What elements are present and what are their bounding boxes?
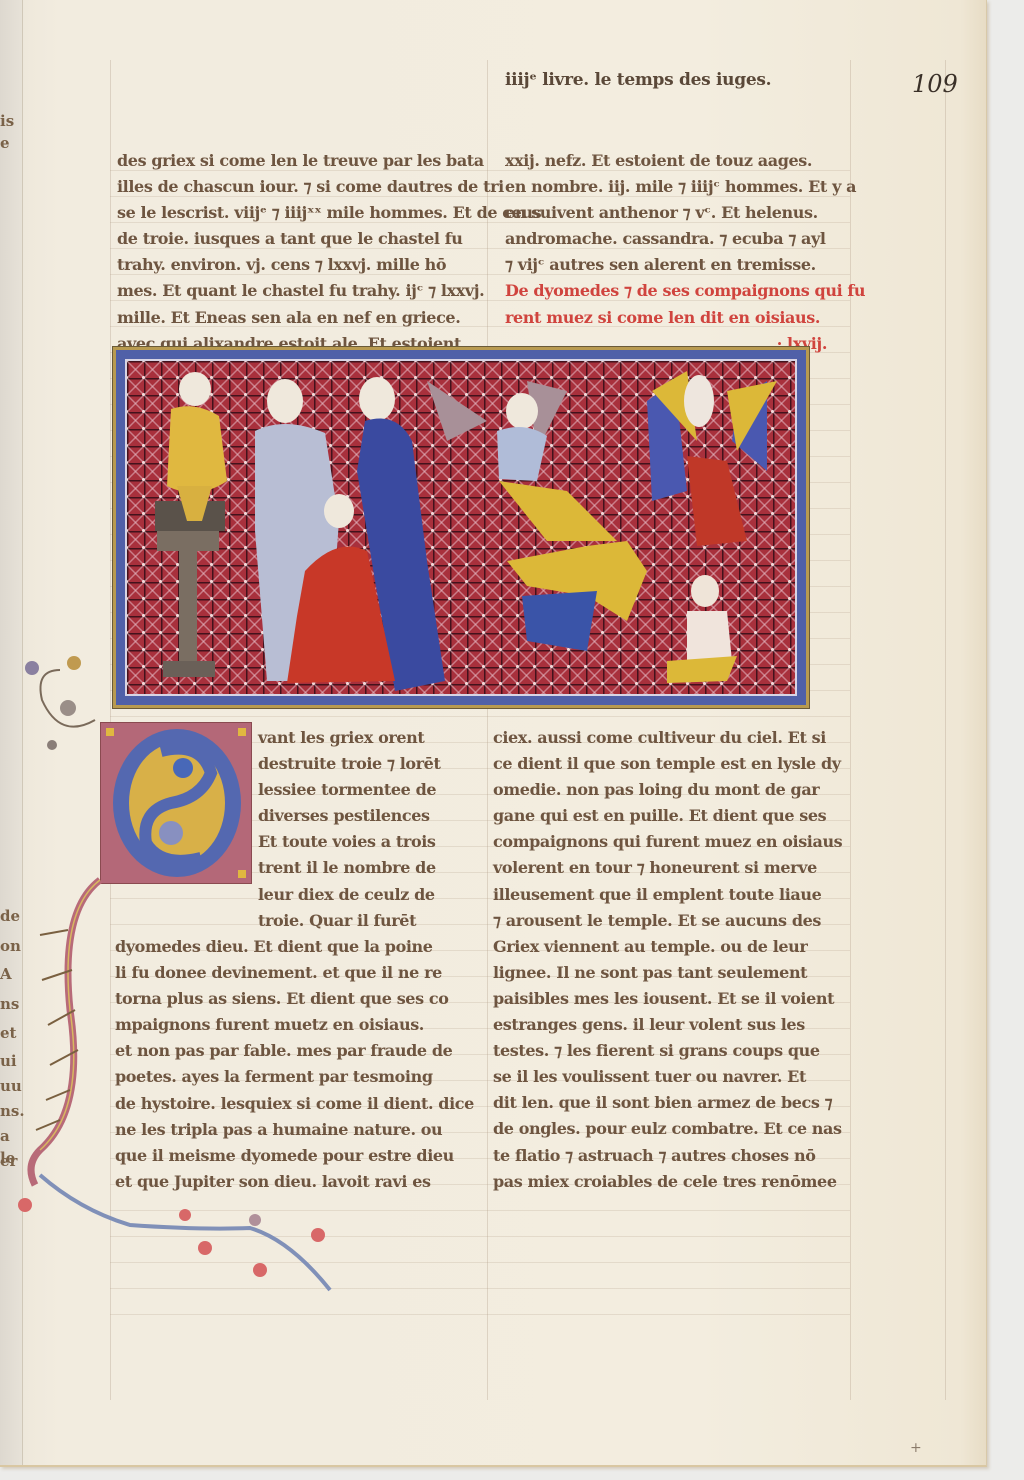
text-line: et que Jupiter son dieu. lavoit ravi es — [115, 1169, 474, 1195]
text-line: que il meisme dyomede pour estre dieu — [115, 1143, 474, 1169]
text-line: ce dient il que son temple est en lysle … — [493, 751, 842, 777]
text-line: dyomedes dieu. Et dient que la poine — [115, 934, 474, 960]
text-line: lignee. Il ne sont pas tant seulement — [493, 960, 842, 986]
text-column-bottom-left: dyomedes dieu. Et dient que la poine li … — [115, 934, 474, 1195]
text-line: ne les tripla pas a humaine nature. ou — [115, 1117, 474, 1143]
text-line: Griex viennent au temple. ou de leur — [493, 934, 842, 960]
text-line: et non pas par fable. mes par fraude de — [115, 1038, 474, 1064]
text-line: troie. Quar il furēt — [258, 908, 440, 934]
text-line: pas miex croiables de cele tres renōmee — [493, 1169, 842, 1195]
text-line: volerent en tour ⁊ honeurent si merve — [493, 855, 842, 881]
text-line: vant les griex orent — [258, 725, 440, 751]
text-line: de ongles. pour eulz combatre. Et ce nas — [493, 1116, 842, 1142]
text-column-bottom-right: ciex. aussi come cultiveur du ciel. Et s… — [493, 725, 842, 1195]
text-line: illeusement que il emplent toute liaue — [493, 882, 842, 908]
text-line: destruite troie ⁊ lorēt — [258, 751, 440, 777]
text-line: ciex. aussi come cultiveur du ciel. Et s… — [493, 725, 842, 751]
text-line: de hystoire. lesquiex si come il dient. … — [115, 1091, 474, 1117]
text-line: gane qui est en puille. Et dient que ses — [493, 803, 842, 829]
text-line: ⁊ arousent le temple. Et se aucuns des — [493, 908, 842, 934]
text-line: trent il le nombre de — [258, 855, 440, 881]
text-line: omedie. non pas loing du mont de gar — [493, 777, 842, 803]
text-line: se il les voulissent tuer ou navrer. Et — [493, 1064, 842, 1090]
text-line: estranges gens. il leur volent sus les — [493, 1012, 842, 1038]
text-line: torna plus as siens. Et dient que ses co — [115, 986, 474, 1012]
bottom-margin-mark: + — [910, 1440, 922, 1456]
text-line: mpaignons furent muetz en oisiaus. — [115, 1012, 474, 1038]
text-line: paisibles mes les iousent. Et se il voie… — [493, 986, 842, 1012]
text-line: lessiee tormentee de — [258, 777, 440, 803]
text-line: te flatio ⁊ astruach ⁊ autres choses nō — [493, 1143, 842, 1169]
text-line: poetes. ayes la ferment par tesmoing — [115, 1064, 474, 1090]
text-line: Et toute voies a trois — [258, 829, 440, 855]
text-line: dit len. que il sont bien armez de becs … — [493, 1090, 842, 1116]
text-line: compaignons qui furent muez en oisiaus — [493, 829, 842, 855]
text-line: li fu donee devinement. et que il ne re — [115, 960, 474, 986]
text-line: diverses pestilences — [258, 803, 440, 829]
text-line: leur diex de ceulz de — [258, 882, 440, 908]
text-column-bottom-left-beside-initial: vant les griex orent destruite troie ⁊ l… — [258, 725, 440, 934]
text-line: testes. ⁊ les fierent si grans coups que — [493, 1038, 842, 1064]
